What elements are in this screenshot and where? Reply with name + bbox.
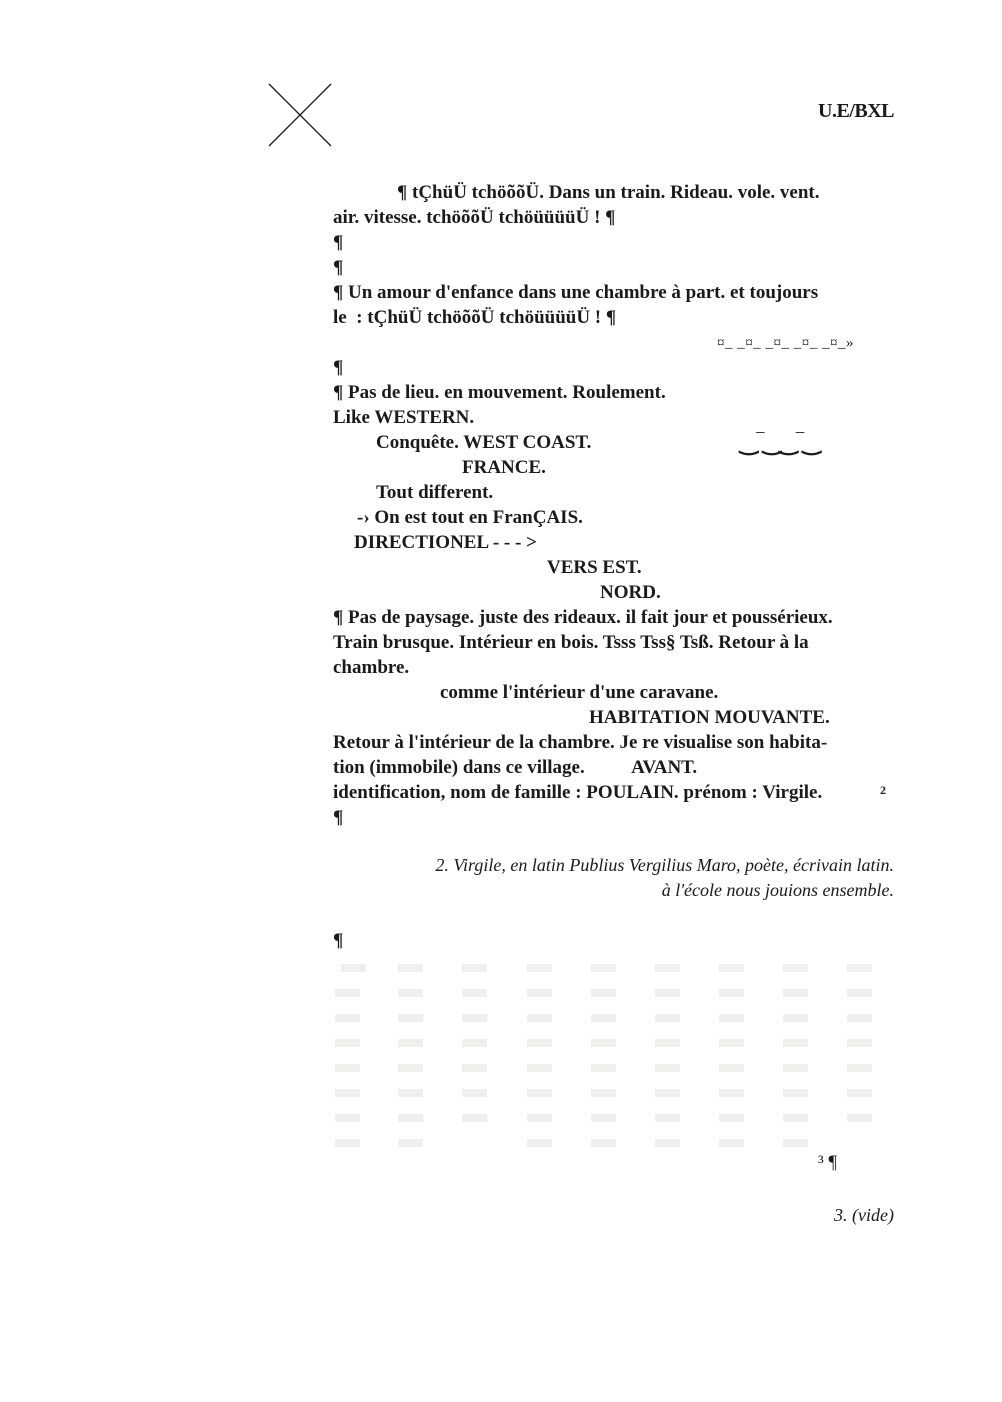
footnote-2-line-1: 2. Virgile, en latin Publius Vergilius M…: [435, 853, 894, 878]
placeholder-dash: [783, 1039, 808, 1047]
placeholder-dash: [655, 1114, 680, 1122]
placeholder-dash: [783, 1014, 808, 1022]
placeholder-dash: [398, 1114, 423, 1122]
placeholder-dash: [655, 1014, 680, 1022]
footnote-3: 3. (vide): [834, 1203, 894, 1228]
wave-ornament: ‿‾‿‿‾‿: [740, 430, 819, 455]
placeholder-dash: [847, 1064, 872, 1072]
text-line: Conquête. WEST COAST.: [376, 430, 591, 455]
text-line: -› On est tout en FranÇAIS.: [357, 505, 583, 530]
placeholder-dash: [335, 1039, 360, 1047]
placeholder-dash: [398, 1014, 423, 1022]
placeholder-dash: [783, 1114, 808, 1122]
placeholder-dash: [847, 1039, 872, 1047]
placeholder-dash: [462, 1114, 487, 1122]
placeholder-dash: [591, 1114, 616, 1122]
placeholder-dash: [719, 1139, 744, 1147]
placeholder-dash: [783, 964, 808, 972]
placeholder-dash: [335, 989, 360, 997]
placeholder-dash: [527, 1064, 552, 1072]
text-line: ¶: [333, 928, 343, 953]
text-line: ¶ Un amour d'enfance dans une chambre à …: [333, 280, 818, 305]
placeholder-dash: [783, 1064, 808, 1072]
text-line: Train brusque. Intérieur en bois. Tsss T…: [333, 630, 809, 655]
placeholder-dash: [462, 1039, 487, 1047]
text-line: DIRECTIONEL - - - >: [354, 530, 537, 555]
placeholder-dash: [719, 1114, 744, 1122]
placeholder-dash: [398, 989, 423, 997]
placeholder-dash: [462, 1089, 487, 1097]
placeholder-dash: [655, 989, 680, 997]
text-line: ¶ tÇhüÜ tchöõõÜ. Dans un train. Rideau. …: [397, 180, 820, 205]
placeholder-dash: [719, 1064, 744, 1072]
placeholder-dash: [335, 1089, 360, 1097]
text-line: tion (immobile) dans ce village. AVANT.: [333, 755, 697, 780]
placeholder-dash: [527, 964, 552, 972]
placeholder-dash: [398, 1089, 423, 1097]
placeholder-dash: [719, 1089, 744, 1097]
text-line: Like WESTERN.: [333, 405, 474, 430]
placeholder-dash: [591, 989, 616, 997]
ornament-divider: ¤_ _¤_ _¤_ _¤_ _¤_»: [717, 331, 854, 356]
text-line: ¶ Pas de paysage. juste des rideaux. il …: [333, 605, 833, 630]
placeholder-dash: [719, 964, 744, 972]
footnote-ref-2: 2: [880, 778, 886, 803]
placeholder-dash: [655, 1089, 680, 1097]
placeholder-dash: [398, 964, 423, 972]
text-line: comme l'intérieur d'une caravane.: [440, 680, 718, 705]
placeholder-dash: [462, 1014, 487, 1022]
placeholder-dash: [462, 989, 487, 997]
text-line: air. vitesse. tchöõõÜ tchöüüüüÜ ! ¶: [333, 205, 615, 230]
placeholder-dash: [527, 1089, 552, 1097]
placeholder-dash: [591, 1014, 616, 1022]
placeholder-dash: [847, 989, 872, 997]
placeholder-dash: [783, 1089, 808, 1097]
footnote-2-line-2: à l'école nous jouions ensemble.: [662, 878, 894, 903]
text-line: ¶: [333, 230, 343, 255]
footnote-marker-3: ³ ¶: [818, 1152, 837, 1174]
placeholder-dash: [335, 1064, 360, 1072]
text-line: NORD.: [600, 580, 661, 605]
placeholder-dash: [719, 1039, 744, 1047]
placeholder-dash: [341, 964, 366, 972]
placeholder-dash: [591, 1139, 616, 1147]
text-line: ¶: [333, 355, 343, 380]
placeholder-dash: [591, 1064, 616, 1072]
placeholder-dash: [527, 1039, 552, 1047]
placeholder-dash: [847, 1114, 872, 1122]
placeholder-dash: [527, 1114, 552, 1122]
placeholder-dash: [527, 989, 552, 997]
placeholder-dash: [655, 964, 680, 972]
document-code: U.E/BXL: [818, 100, 894, 123]
placeholder-dash: [591, 1039, 616, 1047]
placeholder-dash: [462, 964, 487, 972]
text-line: FRANCE.: [462, 455, 546, 480]
placeholder-dash: [783, 1139, 808, 1147]
placeholder-dash: [783, 989, 808, 997]
placeholder-dash: [591, 1089, 616, 1097]
text-line: VERS EST.: [547, 555, 642, 580]
placeholder-dash: [655, 1039, 680, 1047]
placeholder-dash: [335, 1014, 360, 1022]
text-line: Tout different.: [376, 480, 493, 505]
placeholder-dash: [527, 1139, 552, 1147]
placeholder-dash: [719, 989, 744, 997]
text-line: Retour à l'intérieur de la chambre. Je r…: [333, 730, 827, 755]
x-cross-icon: [268, 83, 332, 147]
placeholder-dash: [527, 1014, 552, 1022]
text-line: le : tÇhüÜ tchöõõÜ tchöüüüüÜ ! ¶: [333, 305, 616, 330]
placeholder-dash: [462, 1064, 487, 1072]
placeholder-dash: [398, 1064, 423, 1072]
placeholder-dash: [398, 1039, 423, 1047]
placeholder-dash: [655, 1064, 680, 1072]
text-line: HABITATION MOUVANTE.: [589, 705, 830, 730]
placeholder-dash: [719, 1014, 744, 1022]
placeholder-dash: [847, 1089, 872, 1097]
placeholder-dash: [847, 964, 872, 972]
text-line: ¶: [333, 255, 343, 280]
placeholder-dash: [591, 964, 616, 972]
text-line: ¶ Pas de lieu. en mouvement. Roulement.: [333, 380, 666, 405]
text-line: identification, nom de famille : POULAIN…: [333, 780, 822, 805]
text-line: ¶: [333, 805, 343, 830]
placeholder-dash: [335, 1114, 360, 1122]
placeholder-dash: [847, 1014, 872, 1022]
placeholder-dash: [335, 1139, 360, 1147]
text-line: chambre.: [333, 655, 409, 680]
placeholder-dash: [655, 1139, 680, 1147]
placeholder-dash: [398, 1139, 423, 1147]
